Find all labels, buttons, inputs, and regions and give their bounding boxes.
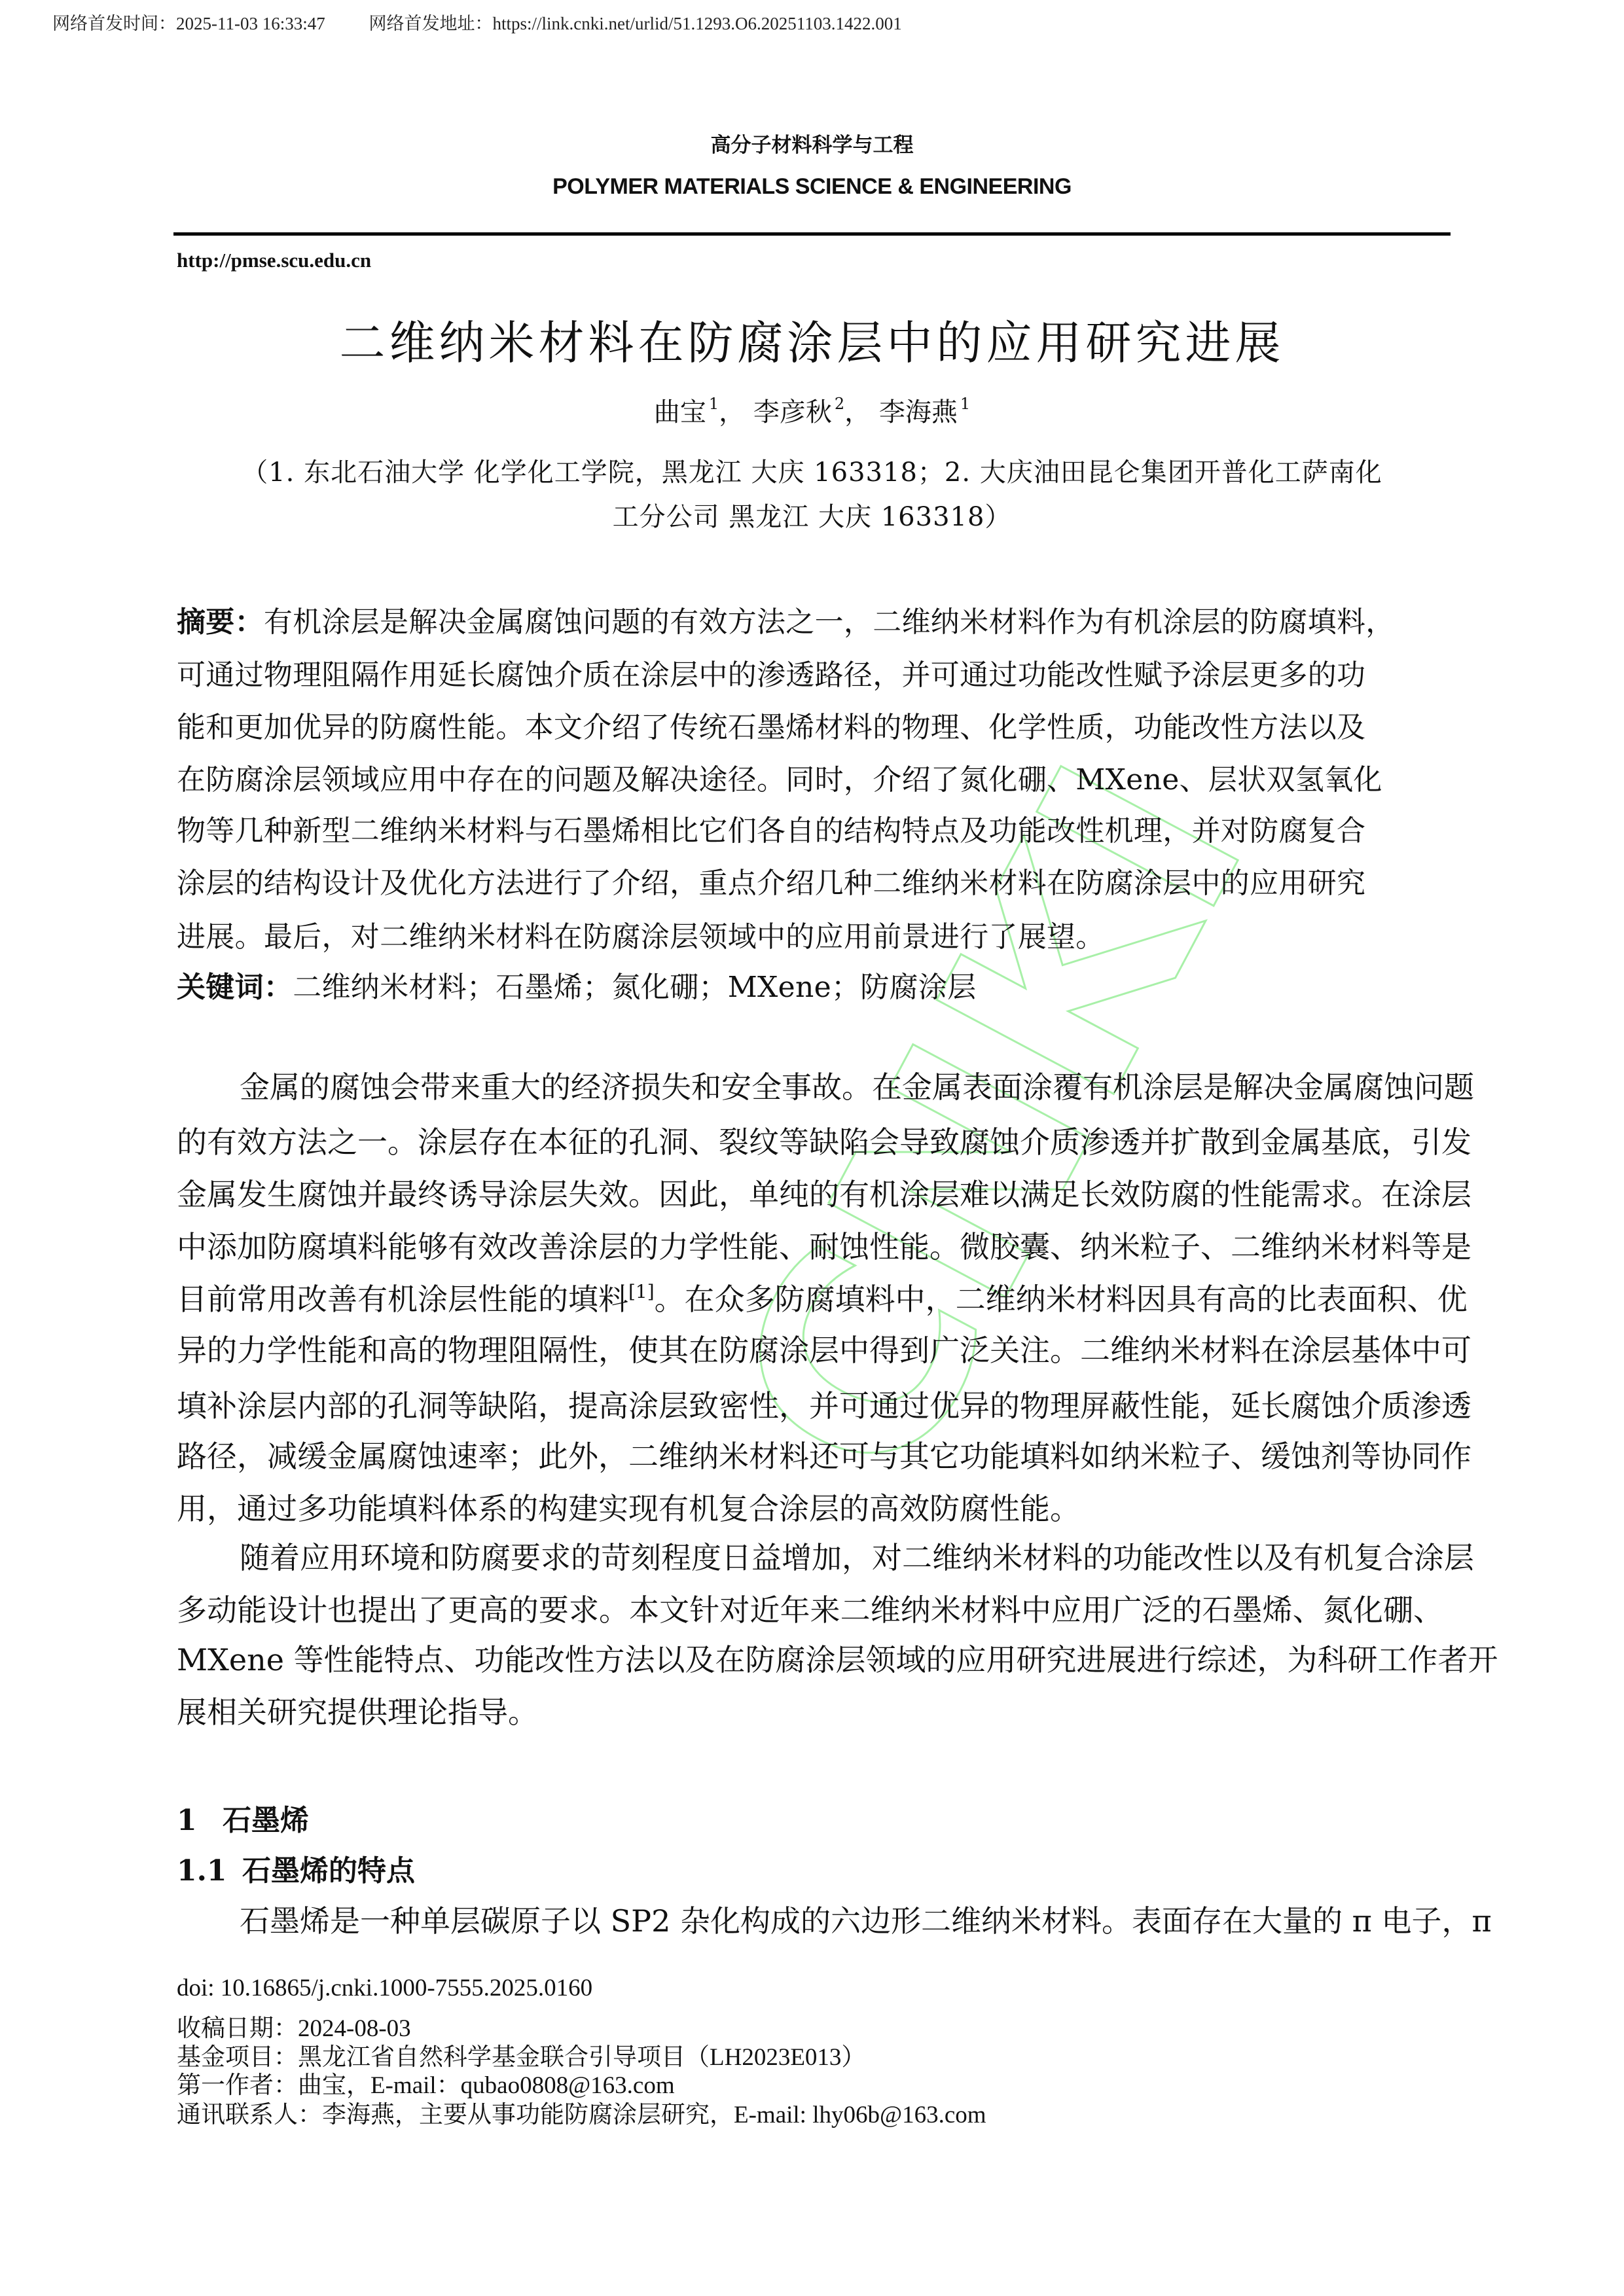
body-line: 用，通过多功能填料体系的构建实现有机复合涂层的高效防腐性能。: [177, 1485, 1443, 1528]
section-heading-1-1: 1.1石墨烯的特点: [177, 1847, 415, 1889]
body-line: 异的力学性能和高的物理阻隔性，使其在防腐涂层中得到广泛关注。二维纳米材料在涂层基…: [177, 1327, 1443, 1370]
footnote-corresponding: 通讯联系人：李海燕，主要从事功能防腐涂层研究，E-mail: lhy06b@16…: [177, 2094, 986, 2130]
body-line: 石墨烯是一种单层碳原子以 SP2 杂化构成的六边形二维纳米材料。表面存在大量的 …: [240, 1897, 1443, 1941]
footnote-doi: doi: 10.16865/j.cnki.1000-7555.2025.0160: [177, 1974, 592, 2002]
abstract-line: 涂层的结构设计及优化方法进行了介绍，重点介绍几种二维纳米材料在防腐涂层中的应用研…: [177, 859, 1365, 901]
affiliation-line: 工分公司 黑龙江 大庆 163318）: [0, 496, 1624, 533]
abstract-line: 可通过物理阻隔作用延长腐蚀介质在涂层中的渗透路径，并可通过功能改性赋予涂层更多的…: [177, 651, 1365, 693]
author-name: 李彦秋: [753, 397, 832, 427]
author-separator: ，: [719, 397, 745, 427]
journal-name-cn: 高分子材料科学与工程: [0, 128, 1624, 158]
header-rule: [173, 232, 1451, 236]
body-line: 多动能设计也提出了更高的要求。本文针对近年来二维纳米材料中应用广泛的石墨烯、氮化…: [177, 1587, 1443, 1630]
publish-url-value[interactable]: https://link.cnki.net/urlid/51.1293.O6.2…: [492, 14, 901, 33]
body-line: 中添加防腐填料能够有效改善涂层的力学性能、耐蚀性能。微胶囊、纳米粒子、二维纳米材…: [177, 1223, 1443, 1266]
body-line: 金属的腐蚀会带来重大的经济损失和安全事故。在金属表面涂覆有机涂层是解决金属腐蚀问…: [240, 1064, 1443, 1107]
author-affiliation-mark: 2: [835, 395, 844, 413]
body-line: 填补涂层内部的孔洞等缺陷，提高涂层致密性，并可通过优异的物理屏蔽性能，延长腐蚀介…: [177, 1382, 1443, 1426]
author-list: 曲宝1， 李彦秋2， 李海燕1: [0, 391, 1624, 429]
body-text: 目前常用改善有机涂层性能的填料: [177, 1282, 628, 1317]
online-publication-meta: 网络首发时间：2025-11-03 16:33:47 网络首发地址：https:…: [52, 9, 941, 35]
abstract-line: 物等几种新型二维纳米材料与石墨烯相比它们各自的结构特点及功能改性机理，并对防腐复…: [177, 807, 1365, 849]
author-affiliation-mark: 1: [960, 395, 970, 413]
section-title: 石墨烯的特点: [242, 1854, 415, 1888]
article-title: 二维纳米材料在防腐涂层中的应用研究进展: [0, 306, 1624, 372]
keywords-text: 二维纳米材料；石墨烯；氮化硼；MXene；防腐涂层: [293, 971, 976, 1004]
publish-time-label: 网络首发时间：: [52, 14, 176, 33]
publish-url-label: 网络首发地址：: [369, 14, 492, 33]
publish-time: 网络首发时间：2025-11-03 16:33:47: [52, 14, 325, 33]
citation-ref[interactable]: [1]: [628, 1281, 655, 1302]
section-number: 1: [177, 1804, 223, 1837]
journal-website-link[interactable]: http://pmse.scu.edu.cn: [177, 249, 371, 272]
publish-time-value: 2025-11-03 16:33:47: [176, 14, 325, 33]
body-line: 随着应用环境和防腐要求的苛刻程度日益增加，对二维纳米材料的功能改性以及有机复合涂…: [240, 1534, 1443, 1577]
abstract-line: 进展。最后，对二维纳米材料在防腐涂层领域中的应用前景进行了展望。: [177, 913, 1105, 955]
keywords-label: 关键词：: [177, 971, 293, 1004]
abstract-line: 摘要：有机涂层是解决金属腐蚀问题的有效方法之一，二维纳米材料作为有机涂层的防腐填…: [177, 598, 1395, 640]
body-line: 路径，减缓金属腐蚀速率；此外，二维纳米材料还可与其它功能填料如纳米粒子、缓蚀剂等…: [177, 1433, 1443, 1476]
section-title: 石墨烯: [223, 1804, 309, 1837]
abstract-text: 有机涂层是解决金属腐蚀问题的有效方法之一，二维纳米材料作为有机涂层的防腐填料，: [264, 605, 1395, 639]
body-line: 展相关研究提供理论指导。: [177, 1689, 1443, 1732]
keywords-line: 关键词：二维纳米材料；石墨烯；氮化硼；MXene；防腐涂层: [177, 963, 977, 1005]
body-text: 。在众多防腐填料中，二维纳米材料因具有高的比表面积、优: [655, 1282, 1468, 1317]
section-heading-1: 1石墨烯: [177, 1797, 309, 1839]
abstract-line: 在防腐涂层领域应用中存在的问题及解决途径。同时，介绍了氮化硼、MXene、层状双…: [177, 756, 1382, 798]
author-name: 曲宝: [654, 397, 706, 427]
affiliation-line: （1. 东北石油大学 化学化工学院，黑龙江 大庆 163318；2. 大庆油田昆…: [0, 452, 1624, 489]
journal-name-en: POLYMER MATERIALS SCIENCE & ENGINEERING: [0, 174, 1624, 200]
body-line: 的有效方法之一。涂层存在本征的孔洞、裂纹等缺陷会导致腐蚀介质渗透并扩散到金属基底…: [177, 1119, 1443, 1162]
author-separator: ，: [844, 397, 871, 427]
abstract-label: 摘要：: [177, 605, 264, 639]
author-affiliation-mark: 1: [709, 395, 719, 413]
author-name: 李海燕: [879, 397, 958, 427]
body-line: MXene 等性能特点、功能改性方法以及在防腐涂层领域的应用研究进展进行综述，为…: [177, 1636, 1443, 1679]
body-line: 目前常用改善有机涂层性能的填料[1]。在众多防腐填料中，二维纳米材料因具有高的比…: [177, 1276, 1443, 1319]
publish-url: 网络首发地址：https://link.cnki.net/urlid/51.12…: [369, 14, 901, 33]
section-number: 1.1: [177, 1854, 242, 1888]
body-line: 金属发生腐蚀并最终诱导涂层失效。因此，单纯的有机涂层难以满足长效防腐的性能需求。…: [177, 1171, 1443, 1214]
abstract-line: 能和更加优异的防腐性能。本文介绍了传统石墨烯材料的物理、化学性质，功能改性方法以…: [177, 704, 1365, 745]
